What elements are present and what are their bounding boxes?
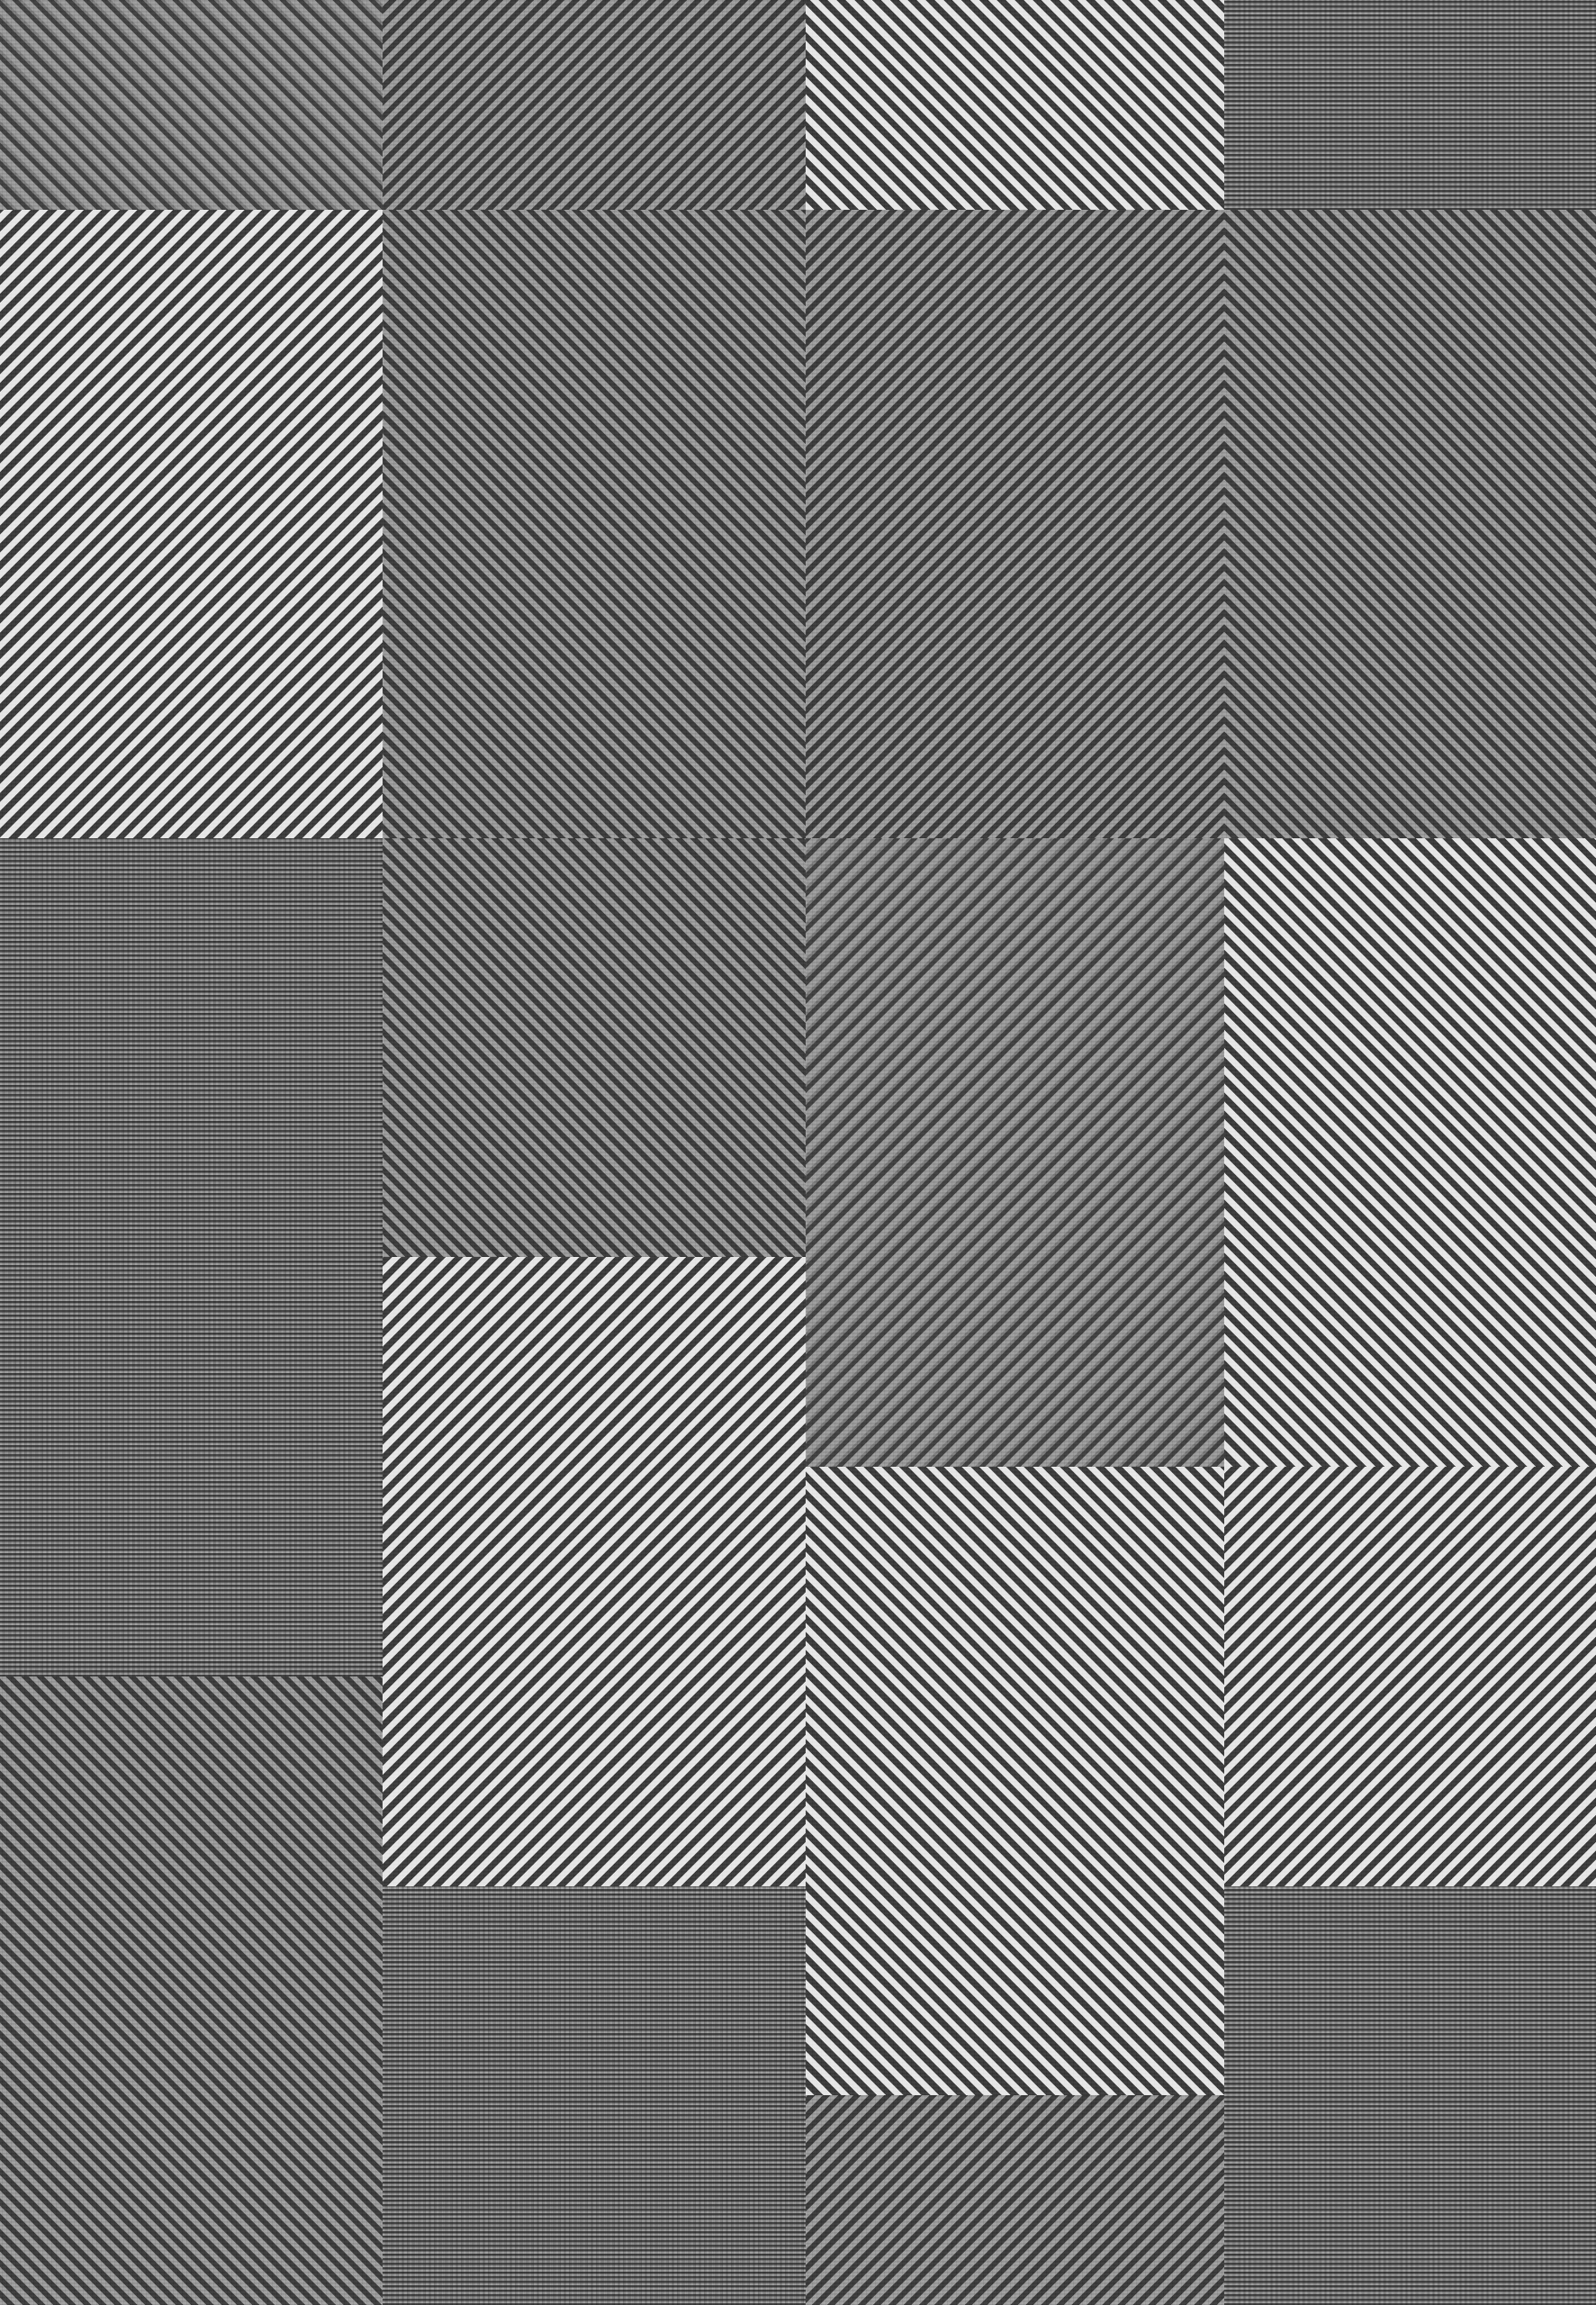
weave-block xyxy=(1224,210,1596,838)
weave-block xyxy=(0,0,383,210)
weave-block xyxy=(806,838,1224,1467)
weave-block xyxy=(806,210,1224,838)
weave-block xyxy=(806,2095,1224,2305)
weave-block xyxy=(0,1677,383,2305)
weave-block xyxy=(383,1886,806,2305)
weave-block xyxy=(383,1257,806,1886)
weave-block xyxy=(1224,1886,1596,2305)
woven-rug-texture xyxy=(0,0,1596,2305)
weave-block xyxy=(0,210,383,838)
weave-block xyxy=(806,1467,1224,2095)
weave-block xyxy=(383,838,806,1257)
weave-block xyxy=(383,0,806,210)
weave-block xyxy=(383,210,806,838)
weave-block xyxy=(1224,838,1596,1467)
weave-block xyxy=(806,0,1224,210)
weave-block xyxy=(1224,1467,1596,1886)
weave-block xyxy=(1224,0,1596,210)
weave-block xyxy=(0,838,383,1677)
